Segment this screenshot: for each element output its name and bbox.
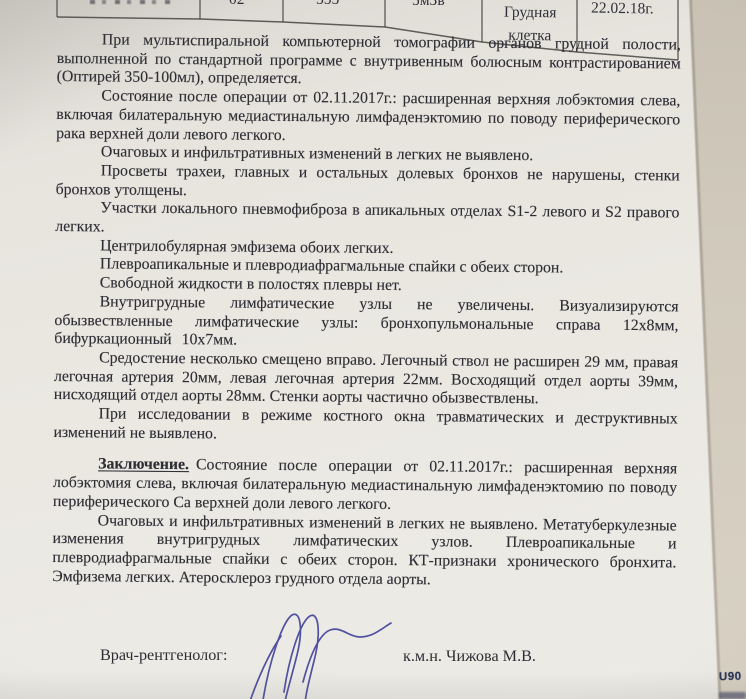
conclusion-label: Заключение.: [98, 456, 189, 474]
doctor-role-label: Врач-рентгенолог:: [100, 646, 227, 665]
conclusion-paragraph: Заключение.Состояние после операции от 0…: [53, 455, 677, 517]
report-body: При мультиспиральной компьютерной томогр…: [52, 31, 681, 592]
report-paragraph: Внутригрудные лимфатические узлы не увел…: [54, 293, 678, 355]
conclusion-summary-paragraph: Очаговых и инфильтративных изменений в л…: [52, 512, 677, 592]
doctor-name: к.м.н. Чижова М.В.: [403, 647, 536, 666]
backdrop-sheet: [680, 0, 746, 699]
report-paragraph: При мультиспиральной компьютерной томогр…: [57, 31, 681, 93]
report-paragraph: Просветы трахеи, главных и остальных дол…: [56, 162, 680, 205]
table-cell: 02: [229, 0, 245, 9]
table-cell: 555: [316, 0, 339, 9]
document-photo: U90 02 555 5мЗв Грудная клетка 22.02.18г…: [0, 0, 746, 699]
table-cell-illegible-fragment: [90, 0, 176, 4]
table-cell: 5мЗв: [412, 0, 445, 10]
backdrop-text-fragment: U90: [719, 671, 742, 683]
report-paragraph: Участки локального пневмофиброза в апика…: [55, 199, 679, 242]
table-cell-date: 22.02.18г.: [591, 0, 654, 18]
backdrop-text-fragment-clipped: [719, 692, 746, 699]
report-paragraph: Средостение несколько смещено вправо. Ле…: [54, 349, 678, 411]
report-paragraph: При исследовании в режиме костного окна …: [53, 405, 677, 448]
report-paragraph: Состояние после операции от 02.11.2017г.…: [56, 87, 680, 149]
signature-row: Врач-рентгенолог: к.м.н. Чижова М.В.: [0, 646, 746, 666]
